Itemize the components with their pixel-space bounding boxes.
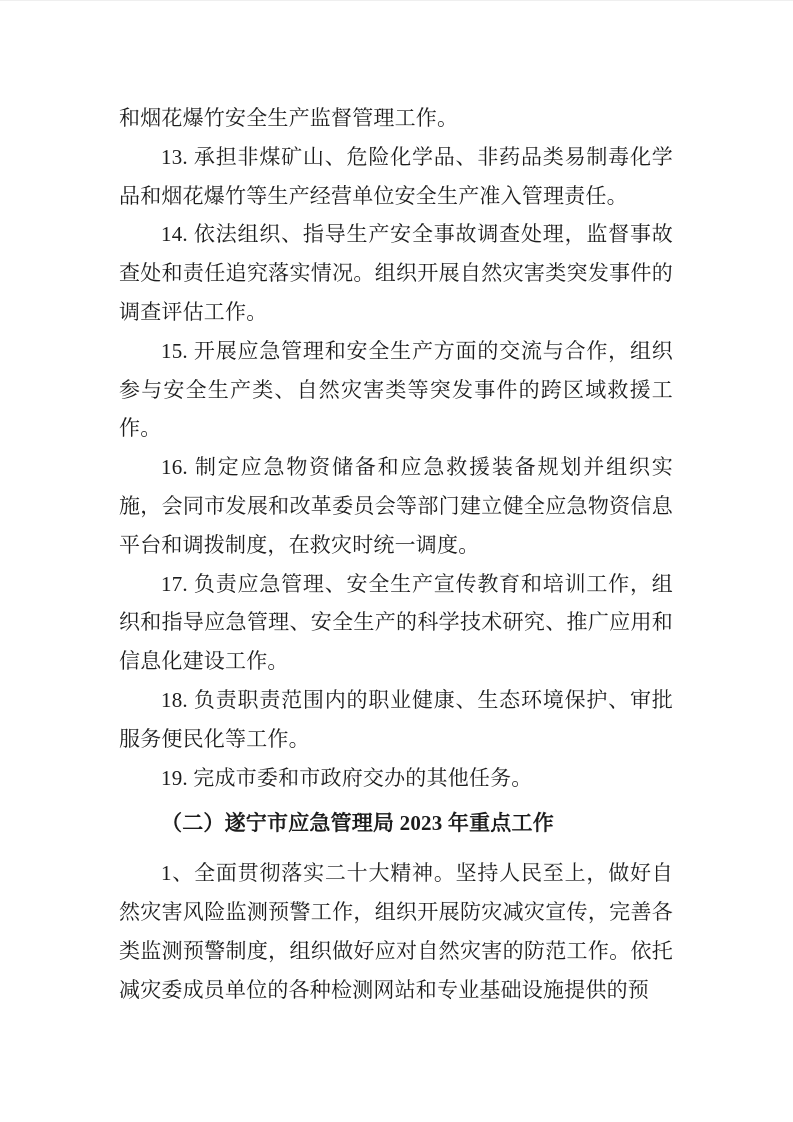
paragraph-item-16: 16. 制定应急物资储备和应急救援装备规划并组织实施，会同市发展和改革委员会等部…: [119, 448, 673, 564]
paragraph-item-1: 1、全面贯彻落实二十大精神。坚持人民至上，做好自然灾害风险监测预警工作，组织开展…: [119, 854, 673, 1009]
paragraph-item-18: 18. 负责职责范围内的职业健康、生态环境保护、审批服务便民化等工作。: [119, 681, 673, 759]
document-page: 和烟花爆竹安全生产监督管理工作。 13. 承担非煤矿山、危险化学品、非药品类易制…: [0, 0, 793, 1122]
document-text-block: 和烟花爆竹安全生产监督管理工作。 13. 承担非煤矿山、危险化学品、非药品类易制…: [119, 99, 673, 1009]
paragraph-continuation: 和烟花爆竹安全生产监督管理工作。: [119, 99, 673, 138]
paragraph-item-15: 15. 开展应急管理和安全生产方面的交流与合作，组织参与安全生产类、自然灾害类等…: [119, 332, 673, 448]
paragraph-item-19: 19. 完成市委和市政府交办的其他任务。: [119, 759, 673, 798]
paragraph-item-14: 14. 依法组织、指导生产安全事故调查处理，监督事故查处和责任追究落实情况。组织…: [119, 215, 673, 331]
paragraph-item-17: 17. 负责应急管理、安全生产宣传教育和培训工作，组织和指导应急管理、安全生产的…: [119, 565, 673, 681]
paragraph-item-13: 13. 承担非煤矿山、危险化学品、非药品类易制毒化学品和烟花爆竹等生产经营单位安…: [119, 138, 673, 216]
section-heading-2023-key-work: （二）遂宁市应急管理局 2023 年重点工作: [119, 804, 673, 843]
